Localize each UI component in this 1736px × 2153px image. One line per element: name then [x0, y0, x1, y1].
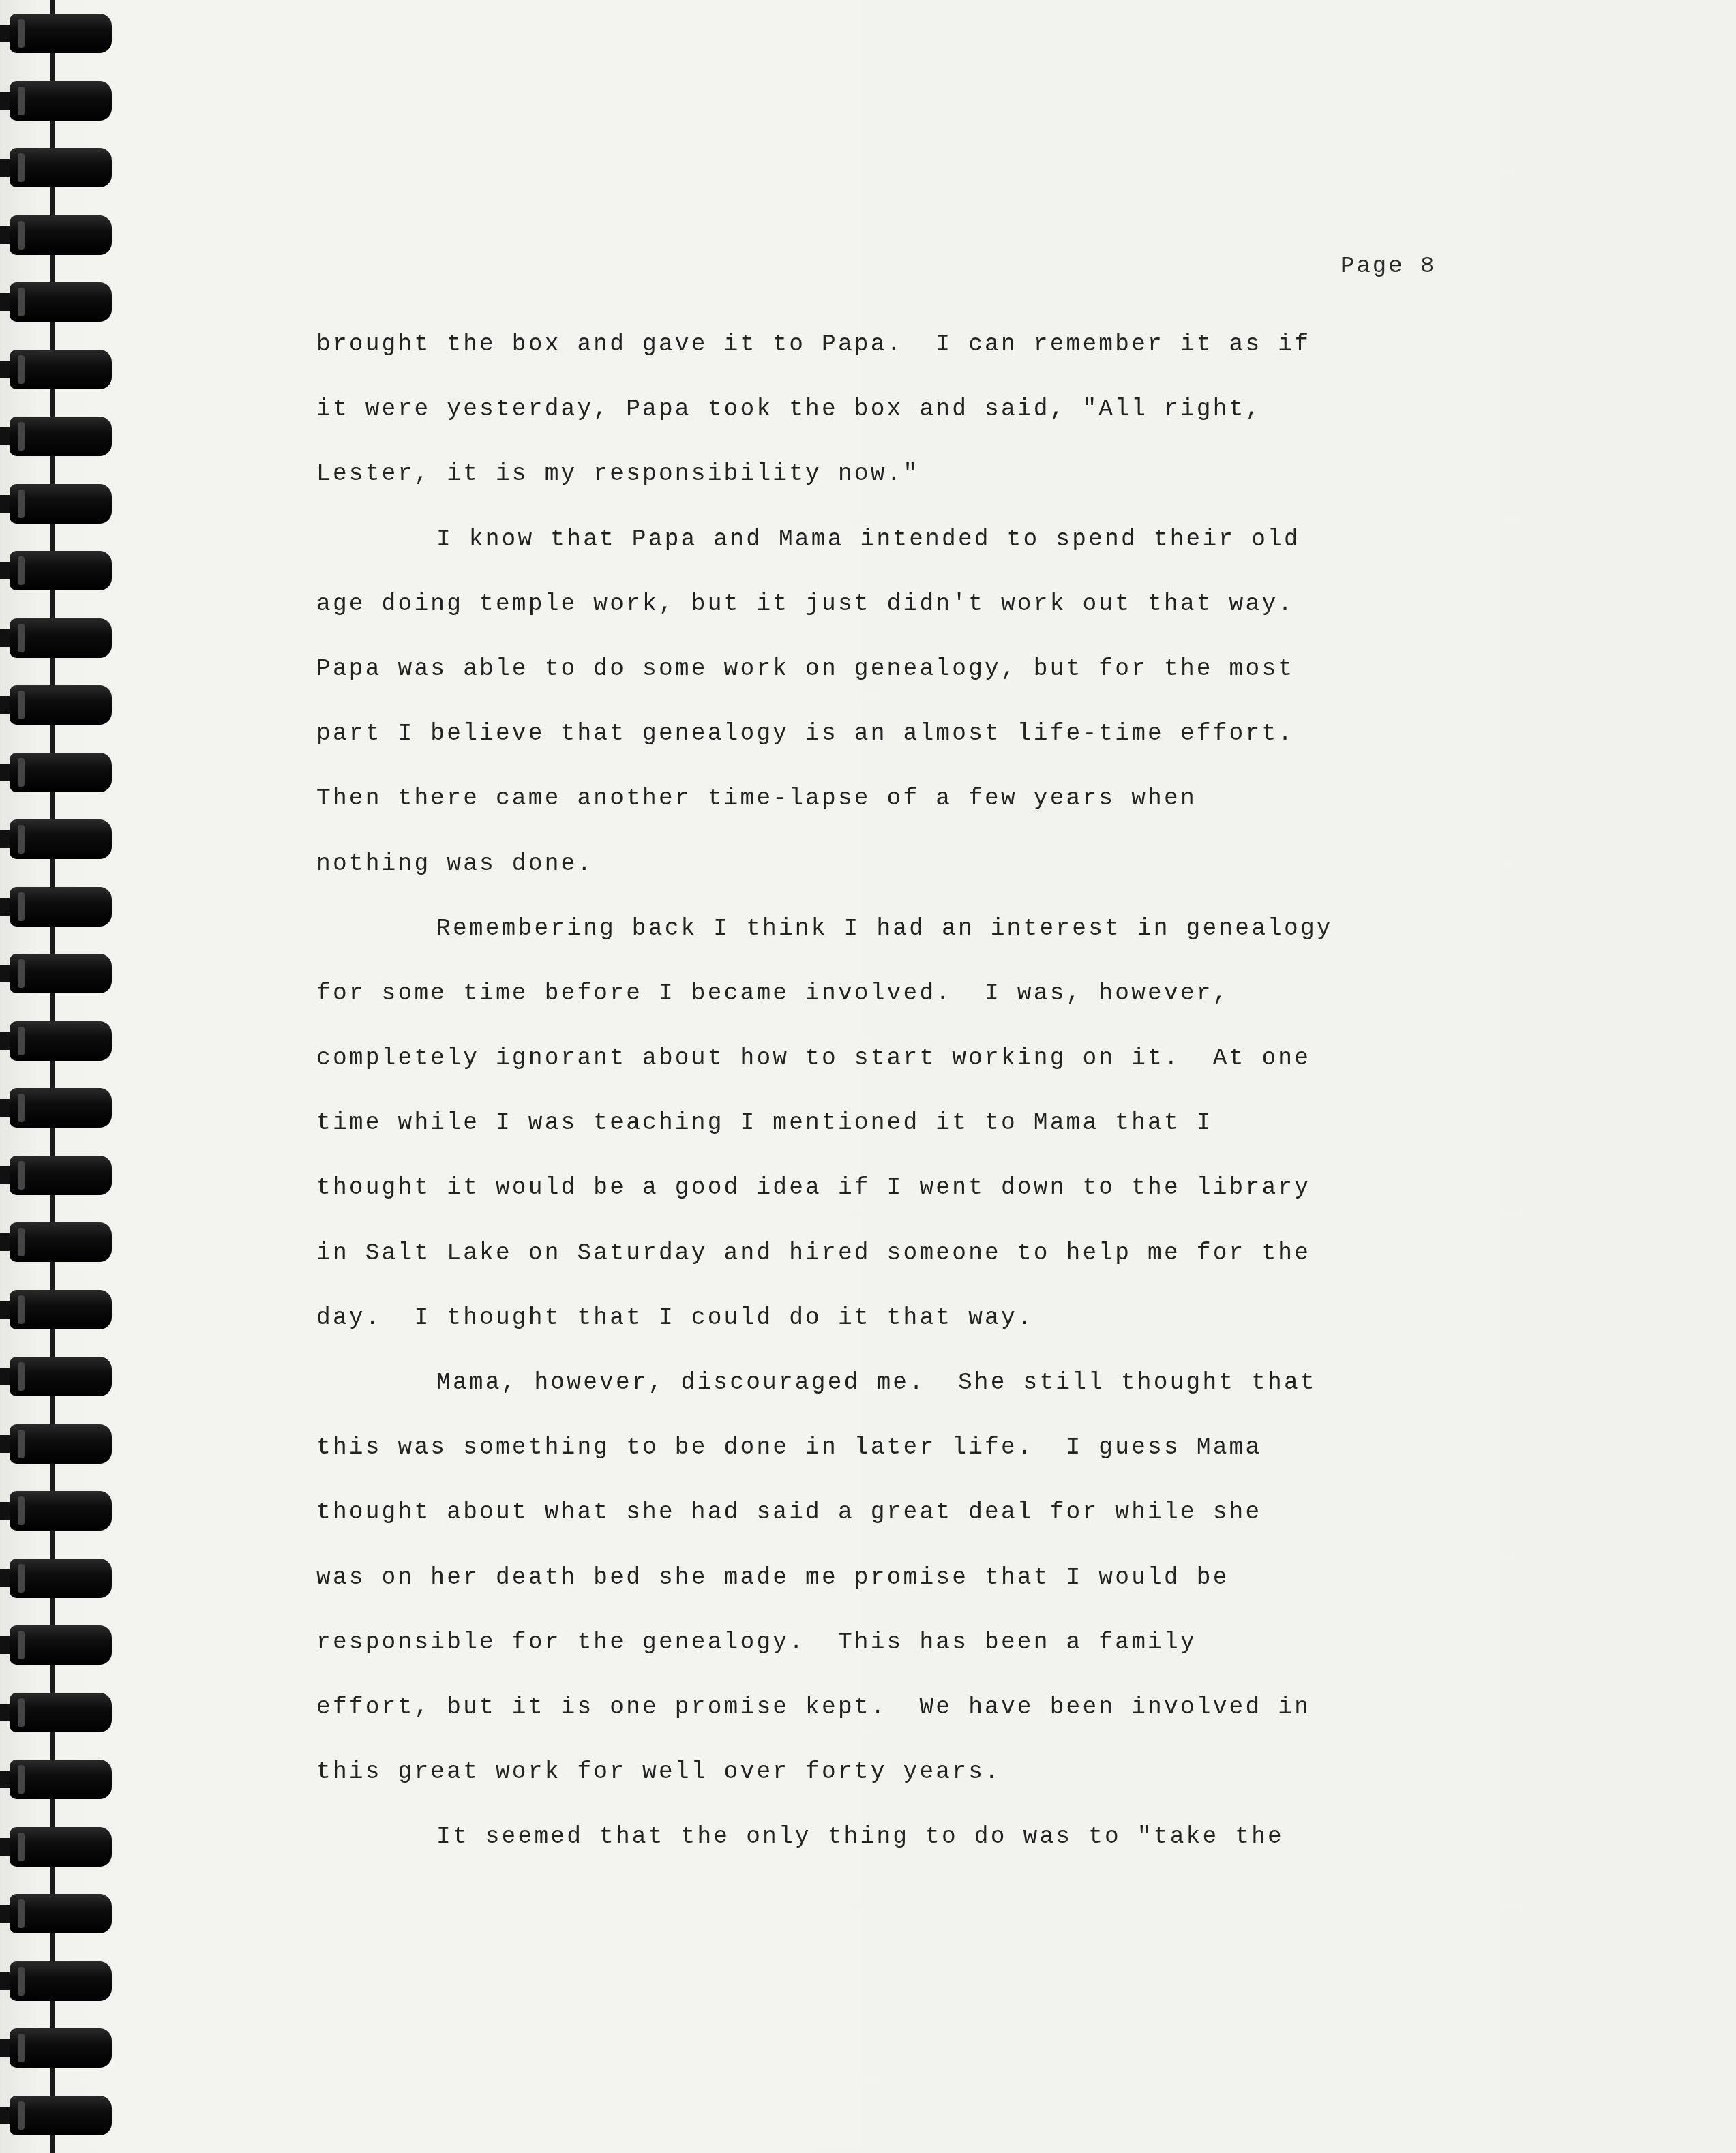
text-line: completely ignorant about how to start w…	[316, 1026, 1516, 1091]
binding-coil	[0, 618, 109, 658]
binding-coil	[0, 14, 109, 53]
text-line: this great work for well over forty year…	[316, 1740, 1516, 1805]
binding-coil	[0, 1961, 109, 2001]
binding-coil	[0, 1424, 109, 1464]
text-line: was on her death bed she made me promise…	[316, 1546, 1516, 1610]
text-line: responsible for the genealogy. This has …	[316, 1610, 1516, 1675]
text-line: time while I was teaching I mentioned it…	[316, 1091, 1516, 1156]
text-line: It seemed that the only thing to do was …	[316, 1805, 1516, 1869]
binding-coil	[0, 1156, 109, 1195]
binding-coil	[0, 1088, 109, 1128]
binding-coil	[0, 1222, 109, 1262]
text-line: thought it would be a good idea if I wen…	[316, 1156, 1516, 1220]
binding-coil	[0, 2096, 109, 2135]
document-page: Page 8 brought the box and gave it to Pa…	[0, 0, 1736, 2153]
binding-coil	[0, 753, 109, 792]
body-text: brought the box and gave it to Papa. I c…	[316, 312, 1516, 1870]
binding-coil	[0, 2028, 109, 2068]
binding-coil	[0, 1625, 109, 1665]
text-line: brought the box and gave it to Papa. I c…	[316, 312, 1516, 377]
binding-coil	[0, 1491, 109, 1531]
text-line: thought about what she had said a great …	[316, 1480, 1516, 1545]
binding-coil	[0, 148, 109, 187]
binding-coil	[0, 685, 109, 725]
text-line: age doing temple work, but it just didn'…	[316, 572, 1516, 637]
text-line: in Salt Lake on Saturday and hired someo…	[316, 1221, 1516, 1286]
binding-coil	[0, 551, 109, 590]
text-line: day. I thought that I could do it that w…	[316, 1286, 1516, 1351]
binding-coil	[0, 81, 109, 121]
binding-coil	[0, 1021, 109, 1061]
binding-coil	[0, 1827, 109, 1867]
text-line: Remembering back I think I had an intere…	[316, 897, 1516, 961]
text-line: for some time before I became involved. …	[316, 961, 1516, 1026]
text-line: this was something to be done in later l…	[316, 1415, 1516, 1480]
binding-coil	[0, 1559, 109, 1598]
text-line: I know that Papa and Mama intended to sp…	[316, 507, 1516, 572]
binding-coil	[0, 215, 109, 255]
binding-coil	[0, 1357, 109, 1396]
text-line: nothing was done.	[316, 832, 1516, 897]
binding-coil	[0, 282, 109, 322]
binding-coil	[0, 1894, 109, 1933]
binding-coil	[0, 887, 109, 927]
binding-coil	[0, 1760, 109, 1799]
text-line: part I believe that genealogy is an almo…	[316, 702, 1516, 766]
text-line: Papa was able to do some work on genealo…	[316, 637, 1516, 702]
text-line: Mama, however, discouraged me. She still…	[316, 1351, 1516, 1415]
binding-coil	[0, 1290, 109, 1329]
binding-coil	[0, 1693, 109, 1732]
binding-coil	[0, 484, 109, 524]
text-line: effort, but it is one promise kept. We h…	[316, 1675, 1516, 1740]
binding-coil	[0, 350, 109, 389]
page-number: Page 8	[1341, 254, 1436, 280]
text-line: Lester, it is my responsibility now."	[316, 442, 1516, 507]
binding-coil	[0, 417, 109, 456]
text-line: it were yesterday, Papa took the box and…	[316, 377, 1516, 442]
text-line: Then there came another time-lapse of a …	[316, 766, 1516, 831]
binding-coil	[0, 954, 109, 993]
spiral-binding	[0, 0, 116, 2153]
binding-coil	[0, 819, 109, 859]
